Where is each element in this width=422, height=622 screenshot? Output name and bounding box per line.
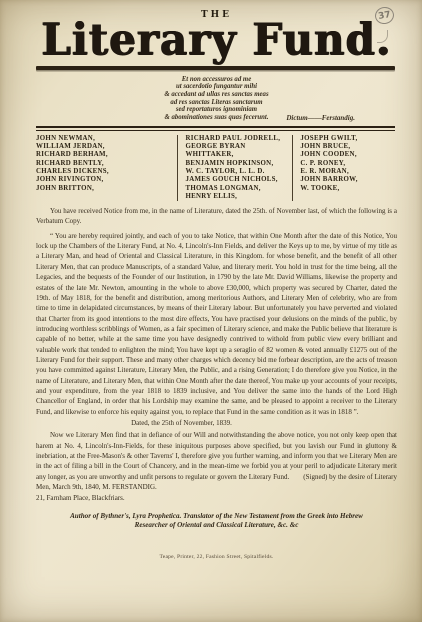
committee-name: JOHN COODEN, xyxy=(300,151,397,159)
committee-name: JOHN BARROW, xyxy=(300,176,397,184)
committee-name: RICHARD BENTLY, xyxy=(36,160,177,168)
committee-name: JOSEPH GWILT, xyxy=(300,135,397,143)
committee-column-1: JOHN NEWMAN, WILLIAM JERDAN, RICHARD BER… xyxy=(36,135,177,201)
motto-block: Et non accessuros ad me ut sacerdotio fu… xyxy=(36,76,397,122)
quoted-notice-paragraph: “ You are hereby required jointly, and e… xyxy=(36,231,397,417)
page-title: Literary Fund. xyxy=(36,17,397,62)
committee-name: JOHN BRUCE, xyxy=(300,143,397,151)
divider-rule-top xyxy=(36,66,395,70)
author-credit: Author of Bythner's, Lyra Prophetica. Tr… xyxy=(36,512,397,530)
motto-line: ad res sanctas Literas sanctarum xyxy=(117,99,317,107)
committee-name: CHARLES DICKENS, xyxy=(36,168,177,176)
committee-name: RICHARD PAUL JODRELL, xyxy=(185,135,292,143)
committee-name: BENJAMIN HOPKINSON, xyxy=(185,160,292,168)
committee-name: RICHARD BERHAM, xyxy=(36,151,177,159)
committee-name: W. TOOKE, xyxy=(300,185,397,193)
page-content: THE Literary Fund. Et non accessuros ad … xyxy=(0,0,422,560)
committee-name: HENRY ELLIS, xyxy=(185,193,292,201)
committee-name: E. R. MORAN, xyxy=(300,168,397,176)
divider-rule-middle xyxy=(36,126,395,131)
author-credit-line-2: Researcher of Oriental and Classical Lit… xyxy=(36,521,397,530)
notice-body: You have received Notice from me, in the… xyxy=(36,206,397,504)
address-line: 21, Farnham Place, Blackfriars. xyxy=(36,493,397,503)
printer-imprint: Teape, Printer, 22, Fashion Street, Spit… xyxy=(36,554,397,560)
committee-name: W. C. TAYLOR, L. L. D. xyxy=(185,168,292,176)
committee-name: JOHN BRITTON, xyxy=(36,185,177,193)
document-page: 37 THE Literary Fund. Et non accessuros … xyxy=(0,0,422,622)
committee-name-columns: JOHN NEWMAN, WILLIAM JERDAN, RICHARD BER… xyxy=(36,135,397,201)
motto-line: & accedant ad ullas res sanctas meas xyxy=(117,91,317,99)
motto-attribution: Dictum——Ferstandig. xyxy=(286,114,355,122)
motto-line: Et non accessuros ad me xyxy=(117,76,317,84)
committee-column-3: JOSEPH GWILT, JOHN BRUCE, JOHN COODEN, C… xyxy=(292,135,397,201)
second-notice-paragraph: Now we Literary Men find that in defianc… xyxy=(36,430,397,492)
motto-line: ut sacerdotio fungantur mihi xyxy=(117,83,317,91)
committee-name: JAMES GOUCH NICHOLS, xyxy=(185,176,292,184)
committee-name: THOMAS LONGMAN, xyxy=(185,185,292,193)
dated-line: Dated, the 25th of November, 1839. xyxy=(36,418,397,428)
committee-name: C. P. RONEY, xyxy=(300,160,397,168)
committee-name: GEORGE BYRAN WHITTAKER, xyxy=(185,143,292,160)
notice-intro-paragraph: You have received Notice from me, in the… xyxy=(36,206,397,227)
committee-name: JOHN NEWMAN, xyxy=(36,135,177,143)
committee-column-2: RICHARD PAUL JODRELL, GEORGE BYRAN WHITT… xyxy=(177,135,292,201)
author-credit-line-1: Author of Bythner's, Lyra Prophetica. Tr… xyxy=(36,512,397,521)
committee-name: JOHN RIVINGTON, xyxy=(36,176,177,184)
committee-name: WILLIAM JERDAN, xyxy=(36,143,177,151)
